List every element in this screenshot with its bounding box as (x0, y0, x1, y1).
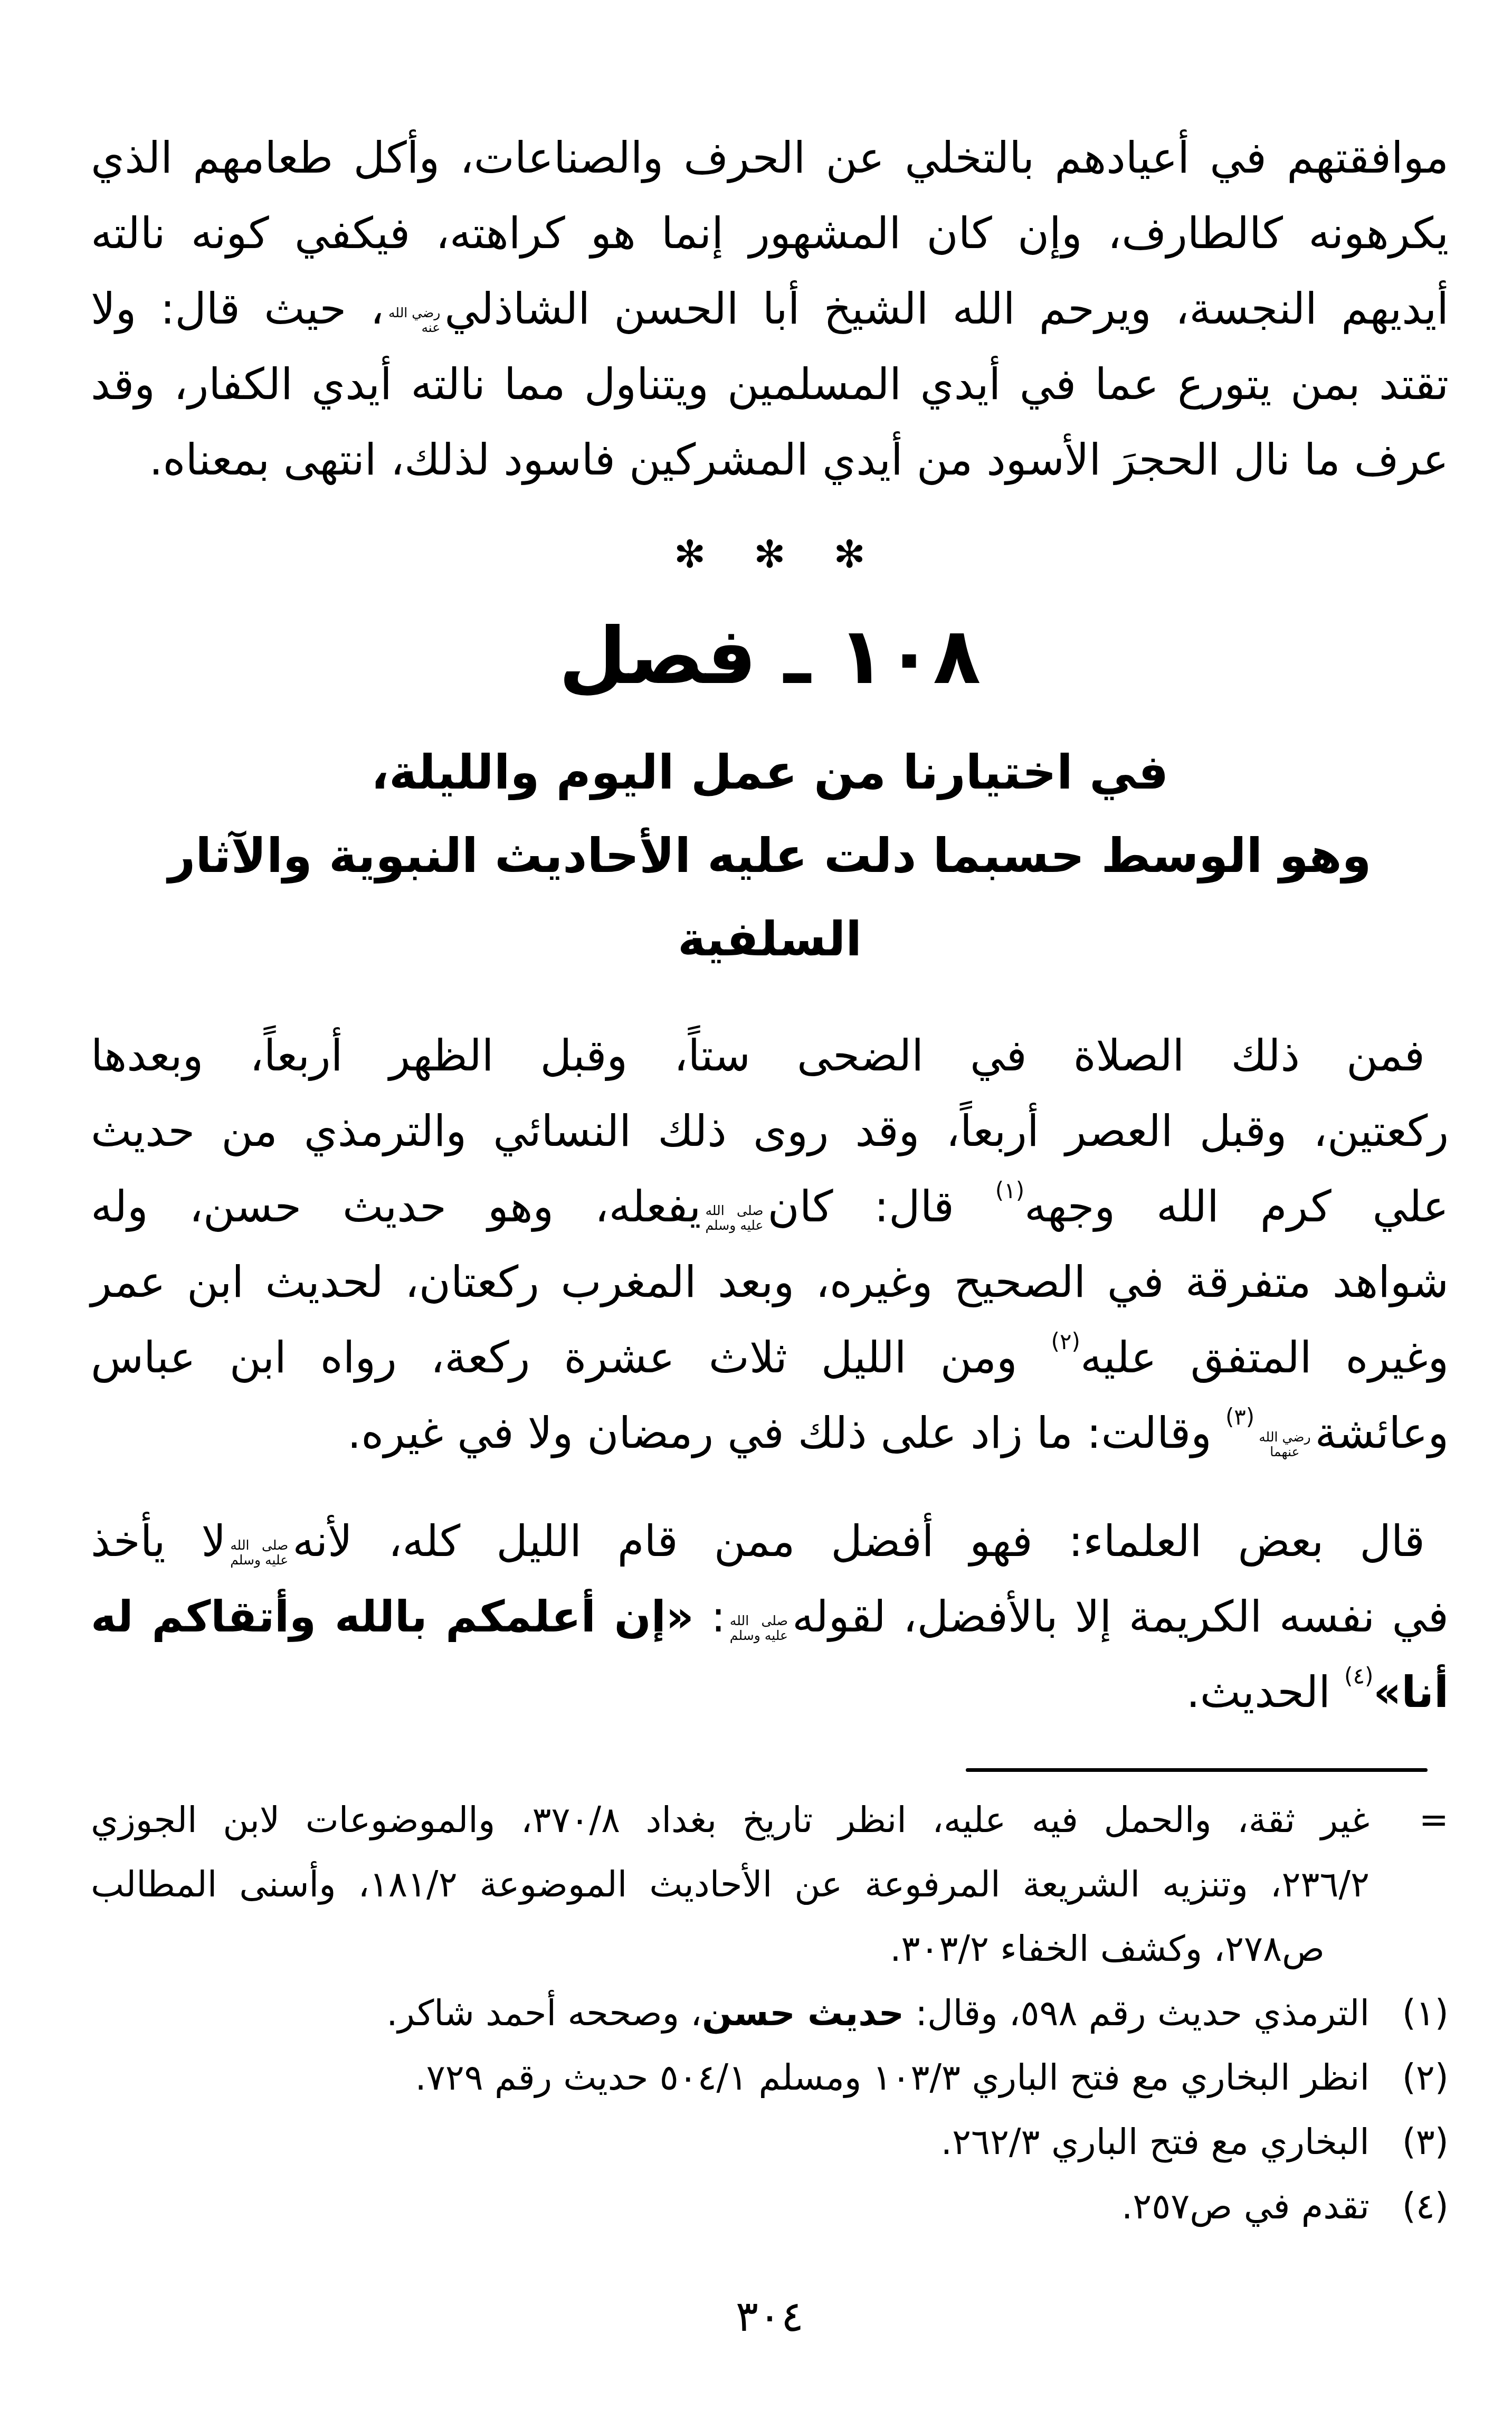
footnote-marker: = (1370, 1788, 1449, 1852)
honorific-stamp-icon: صلى اللهعليه وسلم (230, 1538, 288, 1568)
footnote-marker: (٢) (1370, 2045, 1449, 2110)
text-line: ركعتين، وقبل العصر أربعاً، وقد روى ذلك ا… (91, 1094, 1449, 1169)
footnotes-list: =غير ثقة، والحمل فيه عليه، انظر تاريخ بغ… (91, 1788, 1449, 2238)
section-divider-ornament: ✻ ✻ ✻ (91, 525, 1449, 583)
footnote-item: (١)الترمذي حديث رقم ٥٩٨، وقال: حديث حسن،… (91, 1981, 1449, 2045)
footnote-text: غير ثقة، والحمل فيه عليه، انظر تاريخ بغد… (91, 1788, 1370, 1981)
subtitle-line-2: وهو الوسط حسبما دلت عليه الأحاديث النبوي… (91, 814, 1449, 981)
chapter-heading: ١٠٨ ـ فصل (91, 593, 1449, 719)
page-content: موافقتهم في أعيادهم بالتخلي عن الحرف وال… (0, 0, 1512, 2346)
paragraph-continuation: موافقتهم في أعيادهم بالتخلي عن الحرف وال… (91, 120, 1449, 498)
footnote-text: تقدم في ص٢٥٧. (91, 2174, 1370, 2238)
chapter-dash: ـ (784, 611, 811, 701)
chapter-title-word: فصل (559, 611, 757, 701)
footnote-item: (٢)انظر البخاري مع فتح الباري ١٠٣/٣ ومسل… (91, 2045, 1449, 2110)
text-line: موافقتهم في أعيادهم بالتخلي عن الحرف وال… (91, 120, 1449, 196)
chapter-number: ١٠٨ (838, 611, 981, 701)
chapter-subtitle: في اختيارنا من عمل اليوم والليلة، وهو ال… (91, 731, 1449, 981)
footnote-item: =غير ثقة، والحمل فيه عليه، انظر تاريخ بغ… (91, 1788, 1449, 1981)
subtitle-line-1: في اختيارنا من عمل اليوم والليلة، (91, 731, 1449, 814)
text-line: يكرهونه كالطارف، وإن كان المشهور إنما هو… (91, 196, 1449, 271)
text-line: فمن ذلك الصلاة في الضحى ستاً، وقبل الظهر… (91, 1018, 1449, 1094)
text-line: البخاري مع فتح الباري ٢٦٢/٣. (91, 2110, 1370, 2174)
body-paragraph: قال بعض العلماء: فهو أفضل ممن قام الليل … (91, 1504, 1449, 1730)
footnote-text: انظر البخاري مع فتح الباري ١٠٣/٣ ومسلم ٥… (91, 2045, 1370, 2110)
body-paragraph: فمن ذلك الصلاة في الضحى ستاً، وقبل الظهر… (91, 1018, 1449, 1471)
bold-text: أنا» (1373, 1667, 1449, 1718)
footnote-item: (٣)البخاري مع فتح الباري ٢٦٢/٣. (91, 2110, 1449, 2174)
footnote-text: البخاري مع فتح الباري ٢٦٢/٣. (91, 2110, 1370, 2174)
text-line: ص٢٧٨، وكشف الخفاء ٣٠٣/٢. (91, 1916, 1370, 1981)
text-line: وغيره المتفق عليه(٢) ومن الليل ثلاث عشرة… (91, 1320, 1449, 1396)
text-line: تقدم في ص٢٥٧. (91, 2174, 1370, 2238)
text-line: ٢٣٦/٢، وتنزيه الشريعة المرفوعة عن الأحاد… (91, 1852, 1370, 1916)
text-line: عرف ما نال الحجرَ الأسود من أيدي المشركي… (91, 422, 1449, 498)
footnote-marker: (٣) (1370, 2110, 1449, 2174)
text-line: في نفسه الكريمة إلا بالأفضل، لقولهصلى ال… (91, 1579, 1449, 1655)
honorific-stamp-icon: صلى اللهعليه وسلم (705, 1203, 763, 1233)
text-line: قال بعض العلماء: فهو أفضل ممن قام الليل … (91, 1504, 1449, 1579)
text-line: أنا»(٤) الحديث. (91, 1655, 1449, 1730)
footnote-marker: (٤) (1370, 2174, 1449, 2238)
honorific-stamp-icon: صلى اللهعليه وسلم (730, 1614, 788, 1643)
bold-text: «إن أعلمكم بالله وأتقاكم له (91, 1592, 694, 1642)
footnote-ref: (٢) (1051, 1329, 1080, 1354)
footnote-item: (٤)تقدم في ص٢٥٧. (91, 2174, 1449, 2238)
honorific-stamp-icon: رضي اللهعنهما (1259, 1430, 1310, 1459)
book-page: موافقتهم في أعيادهم بالتخلي عن الحرف وال… (0, 0, 1512, 2429)
text-line: شواهد متفرقة في الصحيح وغيره، وبعد المغر… (91, 1245, 1449, 1320)
footnote-ref: (١) (995, 1178, 1024, 1203)
text-line: علي كرم الله وجهه(١) قال: كانصلى اللهعلي… (91, 1169, 1449, 1245)
text-line: أيديهم النجسة، ويرحم الله الشيخ أبا الحس… (91, 271, 1449, 347)
text-line: تقتد بمن يتورع عما في أيدي المسلمين ويتن… (91, 347, 1449, 422)
text-line: غير ثقة، والحمل فيه عليه، انظر تاريخ بغد… (91, 1788, 1370, 1852)
footnote-text: الترمذي حديث رقم ٥٩٨، وقال: حديث حسن، وص… (91, 1981, 1370, 2045)
honorific-stamp-icon: رضي اللهعنه (388, 306, 440, 335)
footnote-ref: (٣) (1225, 1404, 1254, 1430)
bold-text: حديث حسن (702, 1992, 904, 2034)
text-line: وعائشةرضي اللهعنهما(٣) وقالت: ما زاد على… (91, 1396, 1449, 1471)
footnote-marker: (١) (1370, 1981, 1449, 2045)
footnote-ref: (٤) (1344, 1663, 1373, 1689)
text-line: الترمذي حديث رقم ٥٩٨، وقال: حديث حسن، وص… (91, 1981, 1370, 2045)
text-line: انظر البخاري مع فتح الباري ١٠٣/٣ ومسلم ٥… (91, 2045, 1370, 2110)
page-number: ٣٠٤ (91, 2287, 1449, 2346)
footnote-separator (966, 1768, 1428, 1772)
